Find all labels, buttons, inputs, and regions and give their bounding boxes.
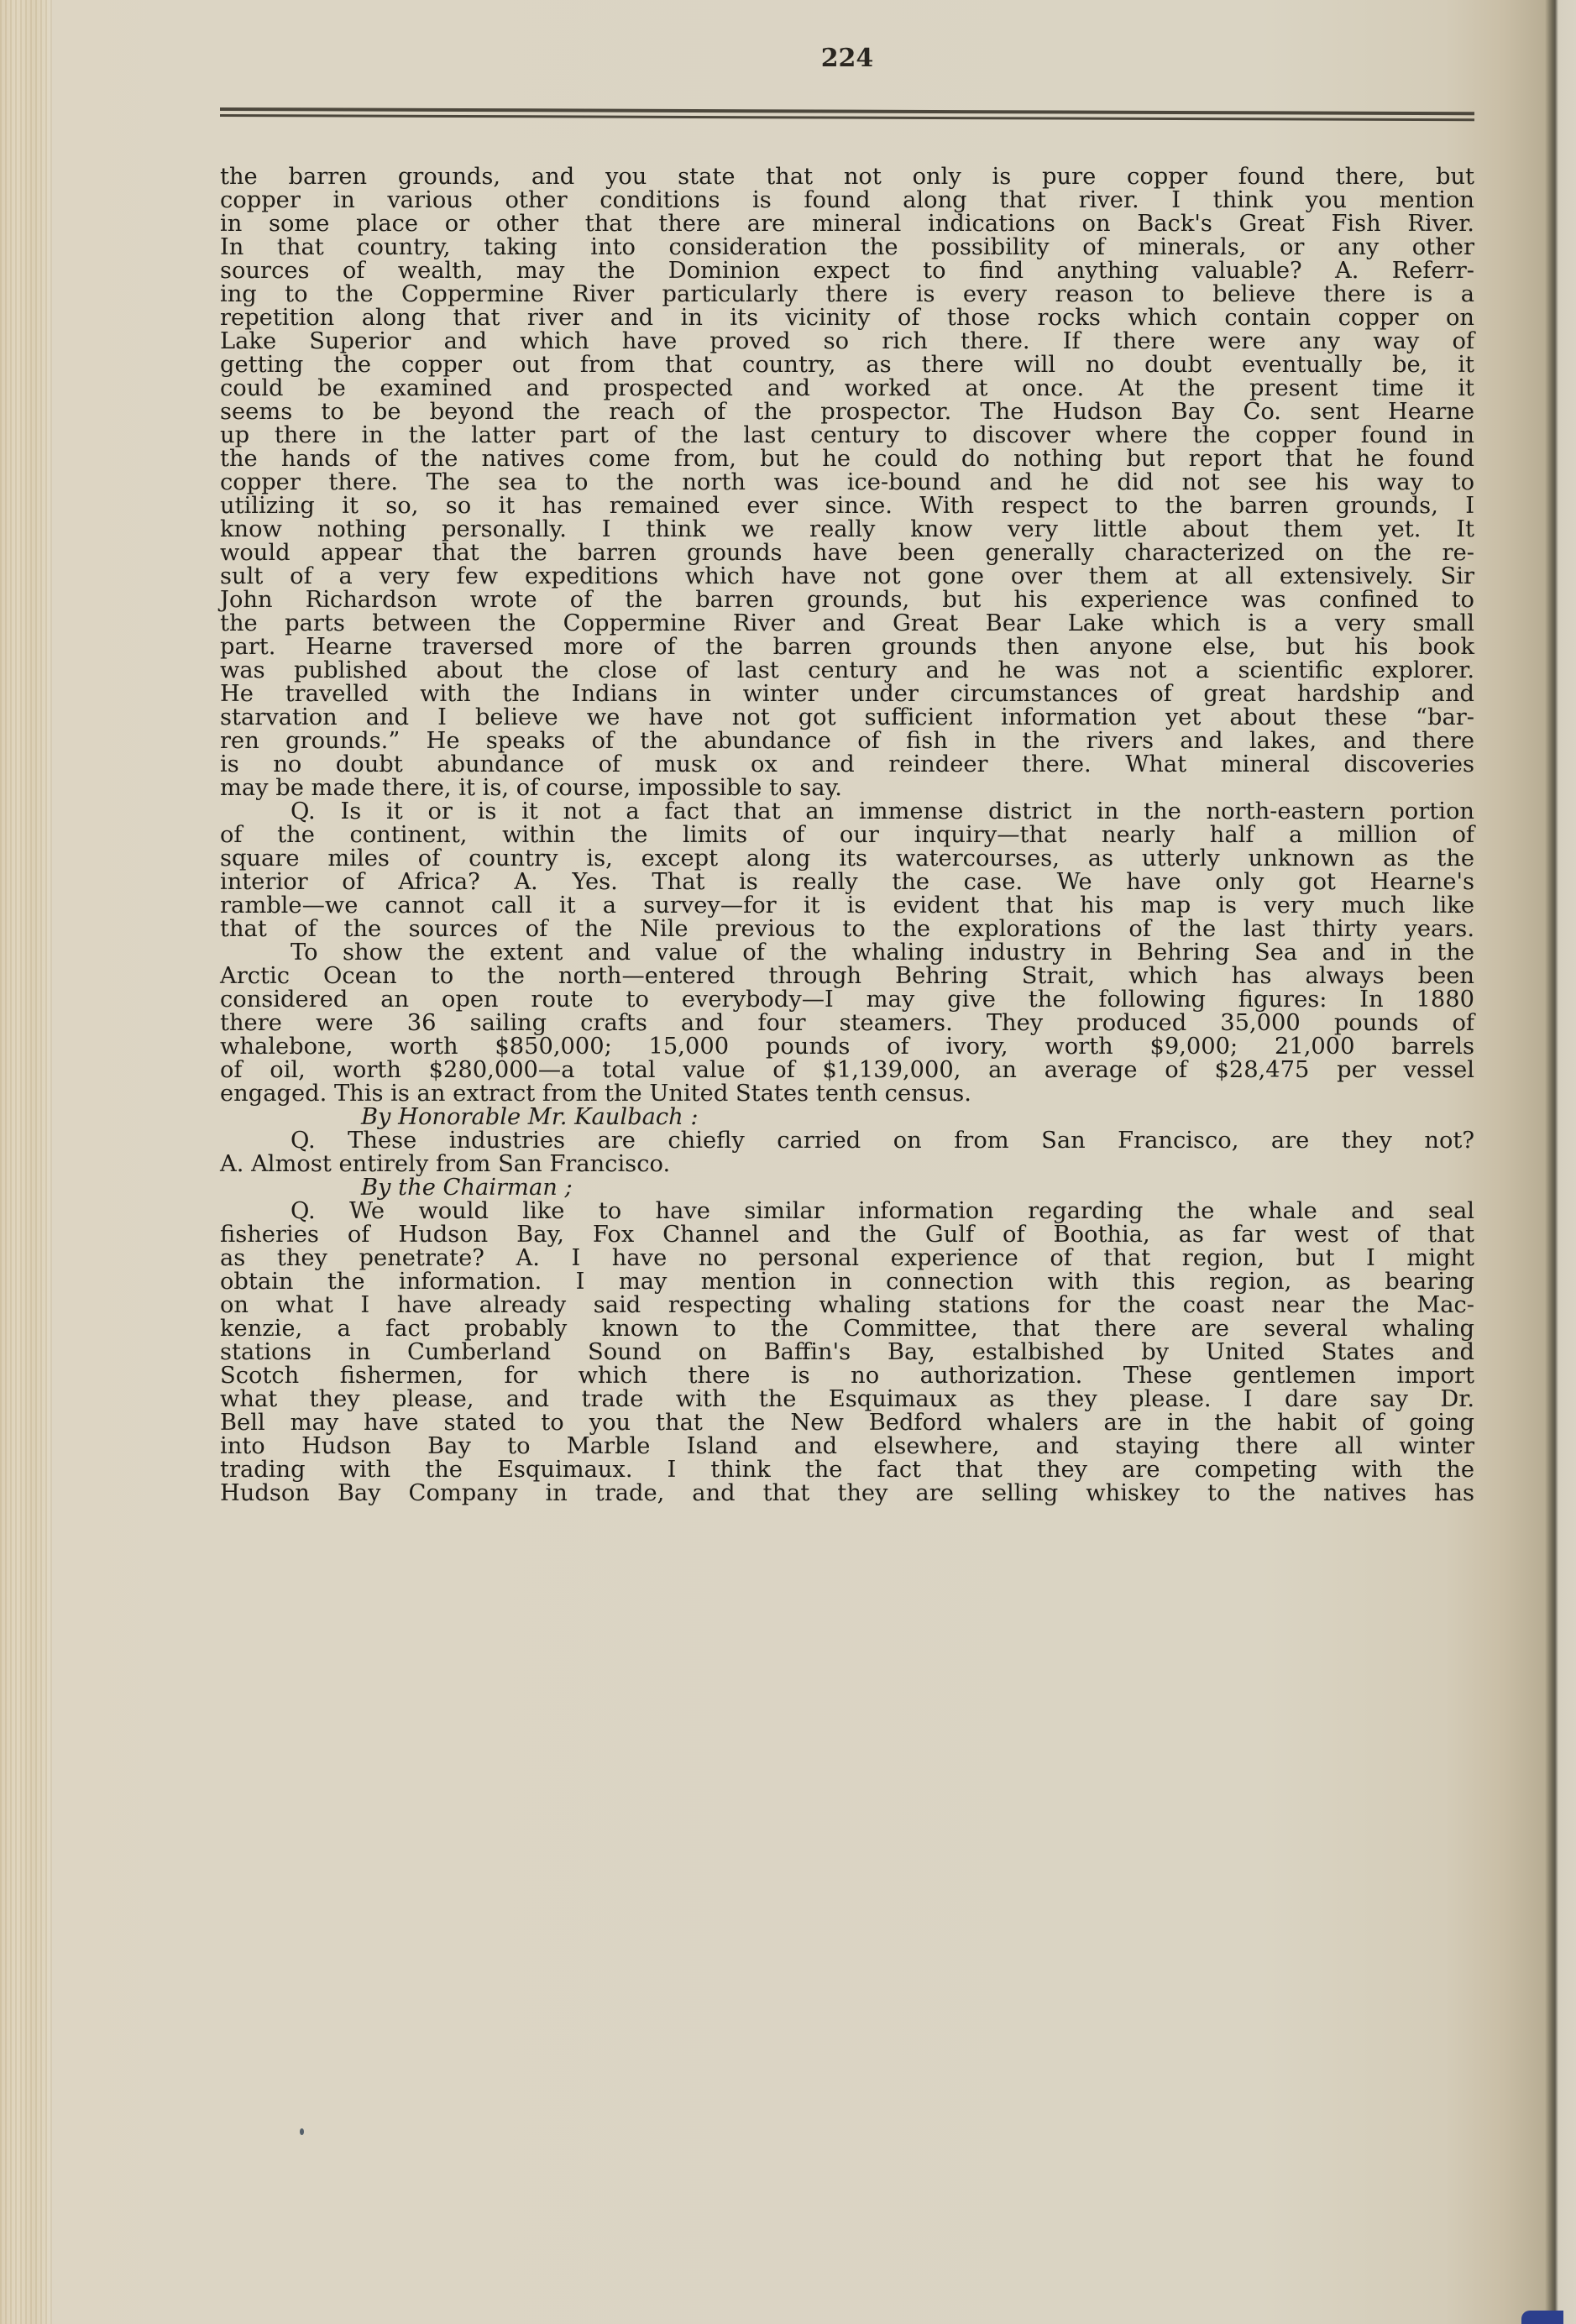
text-line: that of the sources of the Nile previous… — [220, 918, 1474, 941]
body-text: the barren grounds, and you state that n… — [220, 165, 1474, 1505]
text-line: Lake Superior and which have proved so r… — [220, 330, 1474, 353]
scanned-page: 224 the barren grounds, and you state th… — [0, 0, 1576, 2324]
text-line: may be made there, it is, of course, imp… — [220, 777, 1474, 800]
question-line: Q. These industries are chiefly carried … — [220, 1129, 1474, 1153]
header-rule-bottom — [220, 114, 1474, 121]
text-line: of oil, worth $280,000—a total value of … — [220, 1059, 1474, 1082]
text-line: know nothing personally. I think we real… — [220, 518, 1474, 542]
text-line: of the continent, within the limits of o… — [220, 824, 1474, 847]
text-line: ing to the Coppermine River particularly… — [220, 283, 1474, 306]
text-line: could be examined and prospected and wor… — [220, 377, 1474, 400]
text-line: interior of Africa? A. Yes. That is real… — [220, 871, 1474, 894]
text-line: the barren grounds, and you state that n… — [220, 165, 1474, 189]
speaker-heading: By the Chairman ; — [220, 1176, 1474, 1200]
text-line: Arctic Ocean to the north—entered throug… — [220, 965, 1474, 988]
book-edge-pages — [0, 0, 52, 2324]
speaker-heading: By Honorable Mr. Kaulbach : — [220, 1106, 1474, 1129]
text-line: whalebone, worth $850,000; 15,000 pounds… — [220, 1035, 1474, 1059]
text-line: in some place or other that there are mi… — [220, 212, 1474, 236]
page-number: 224 — [0, 44, 1576, 73]
text-line: Bell may have stated to you that the New… — [220, 1411, 1474, 1435]
text-line: up there in the latter part of the last … — [220, 424, 1474, 448]
question-line: Q. We would like to have similar informa… — [220, 1200, 1474, 1223]
text-line: ren grounds.” He speaks of the abundance… — [220, 730, 1474, 753]
text-line: engaged. This is an extract from the Uni… — [220, 1082, 1474, 1106]
text-line: repetition along that river and in its v… — [220, 306, 1474, 330]
text-line: fisheries of Hudson Bay, Fox Channel and… — [220, 1223, 1474, 1247]
text-line: copper in various other conditions is fo… — [220, 189, 1474, 212]
text-line: into Hudson Bay to Marble Island and els… — [220, 1435, 1474, 1458]
text-line: Hudson Bay Company in trade, and that th… — [220, 1482, 1474, 1505]
text-line: John Richardson wrote of the barren grou… — [220, 589, 1474, 612]
paragraph-start-line: To show the extent and value of the whal… — [220, 941, 1474, 965]
text-line: would appear that the barren grounds hav… — [220, 542, 1474, 565]
text-line: the parts between the Coppermine River a… — [220, 612, 1474, 636]
answer-line: A. Almost entirely from San Francisco. — [220, 1153, 1474, 1176]
text-line: is no doubt abundance of musk ox and rei… — [220, 753, 1474, 777]
text-line: ramble—we cannot call it a survey—for it… — [220, 894, 1474, 918]
text-line: on what I have already said respecting w… — [220, 1294, 1474, 1317]
text-line: starvation and I believe we have not got… — [220, 706, 1474, 730]
ink-speck — [300, 2128, 304, 2135]
text-line: In that country, taking into considerati… — [220, 236, 1474, 259]
text-line: utilizing it so, so it has remained ever… — [220, 495, 1474, 518]
text-line: Scotch fishermen, for which there is no … — [220, 1364, 1474, 1388]
text-line: what they please, and trade with the Esq… — [220, 1388, 1474, 1411]
text-line: seems to be beyond the reach of the pros… — [220, 400, 1474, 424]
text-line: sources of wealth, may the Dominion expe… — [220, 259, 1474, 283]
binding-corner — [1521, 2311, 1563, 2324]
text-line: the hands of the natives come from, but … — [220, 448, 1474, 471]
text-line: copper there. The sea to the north was i… — [220, 471, 1474, 495]
text-line: as they penetrate? A. I have no personal… — [220, 1247, 1474, 1270]
text-line: He travelled with the Indians in winter … — [220, 683, 1474, 706]
text-line: kenzie, a fact probably known to the Com… — [220, 1317, 1474, 1341]
text-line: obtain the information. I may mention in… — [220, 1270, 1474, 1294]
adjacent-page-edge — [1559, 0, 1576, 2324]
text-line: trading with the Esquimaux. I think the … — [220, 1458, 1474, 1482]
text-line: getting the copper out from that country… — [220, 353, 1474, 377]
text-line: considered an open route to everybody—I … — [220, 988, 1474, 1012]
text-line: square miles of country is, except along… — [220, 847, 1474, 871]
text-line: sult of a very few expeditions which hav… — [220, 565, 1474, 589]
text-line: stations in Cumberland Sound on Baffin's… — [220, 1341, 1474, 1364]
question-line: Q. Is it or is it not a fact that an imm… — [220, 800, 1474, 824]
text-line: there were 36 sailing crafts and four st… — [220, 1012, 1474, 1035]
text-line: part. Hearne traversed more of the barre… — [220, 636, 1474, 659]
text-line: was published about the close of last ce… — [220, 659, 1474, 683]
